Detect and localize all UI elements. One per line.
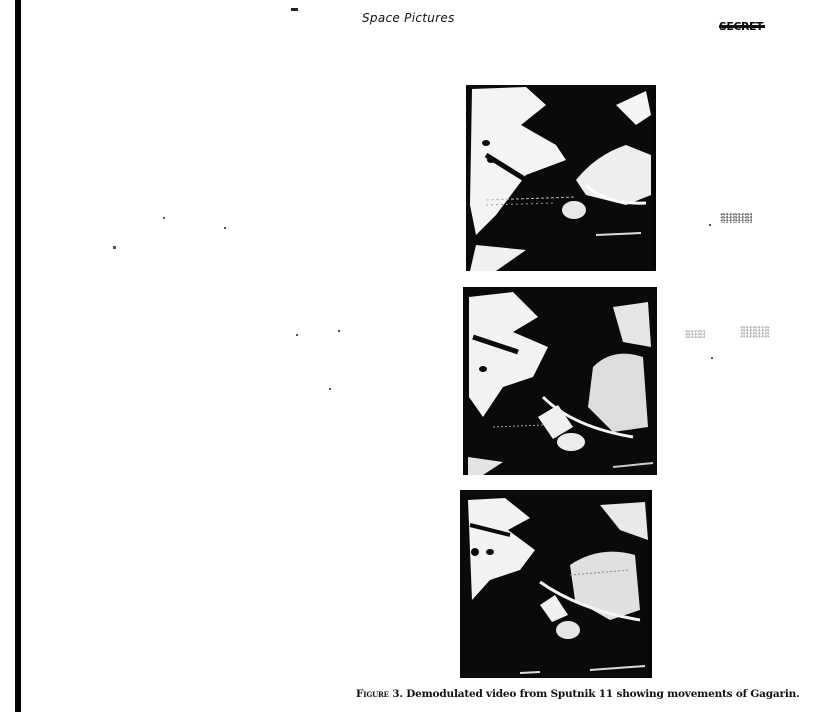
scan-speck: [709, 224, 711, 226]
scan-speck: [296, 334, 298, 336]
scan-noise: [720, 213, 752, 223]
scan-speck: [224, 227, 226, 229]
figure-caption: Figure 3. Demodulated video from Sputnik…: [356, 688, 800, 700]
scan-speck: [711, 357, 713, 359]
scan-speck: [163, 217, 165, 219]
scan-edge-bar: [15, 0, 21, 712]
video-frame-3: [460, 490, 652, 678]
scan-speck: [329, 388, 331, 390]
classification-stamp: SECRET: [719, 20, 763, 33]
scan-speck: [113, 246, 116, 249]
scan-noise: [740, 326, 770, 338]
scan-artifact-mark: [291, 8, 298, 11]
scan-noise: [685, 330, 705, 338]
scan-speck: [338, 330, 340, 332]
video-frame-1: [466, 85, 656, 271]
figure-caption-text: Demodulated video from Sputnik 11 showin…: [406, 688, 799, 700]
video-frame-2: [463, 287, 657, 475]
figure-label: Figure 3.: [356, 688, 403, 700]
page-header-title: Space Pictures: [362, 11, 455, 25]
